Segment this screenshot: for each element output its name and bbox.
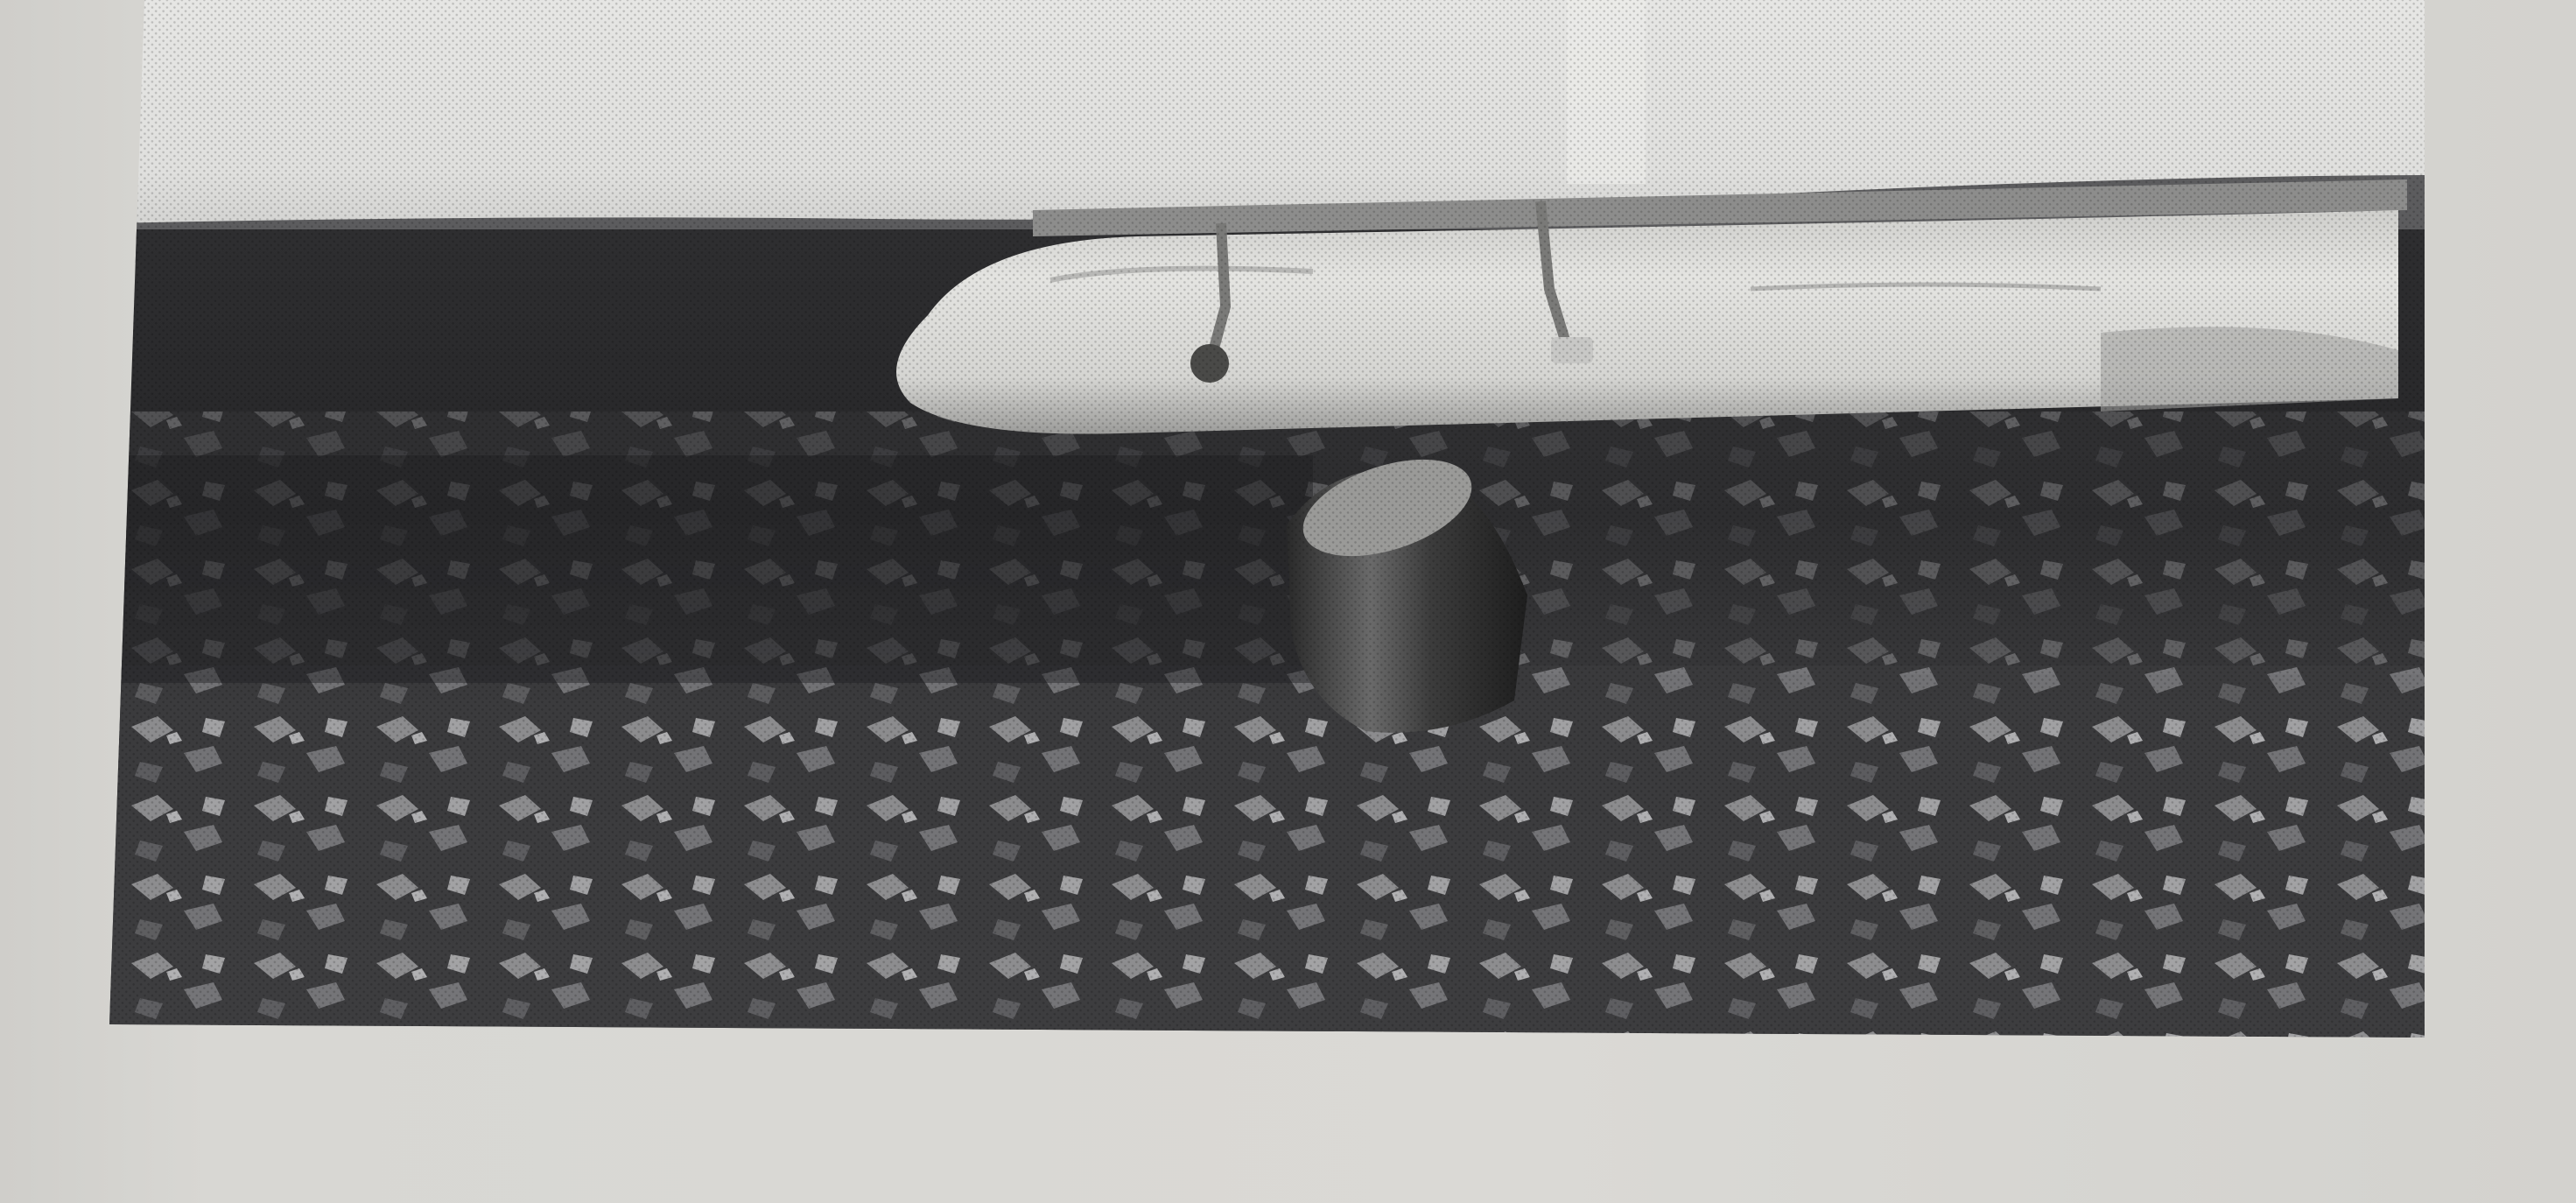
photo-content [0, 0, 2576, 1203]
printed-photograph [0, 0, 2576, 1203]
